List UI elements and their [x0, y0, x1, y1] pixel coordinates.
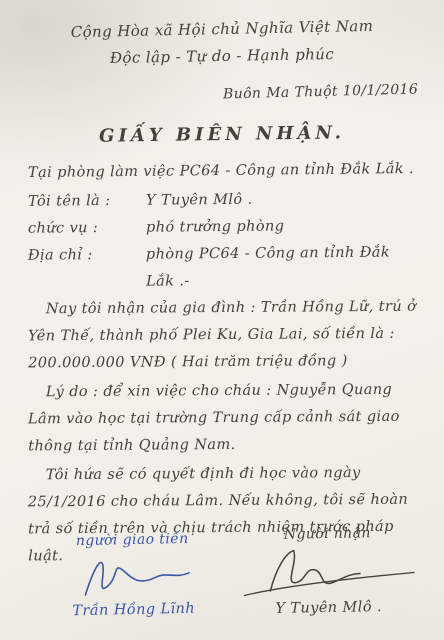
signature-receiver-name: Y Tuyên Mlô . — [239, 598, 419, 617]
signature-receiver-scribble-icon — [240, 542, 417, 601]
field-position: chức vụ : phó trưởng phòng — [28, 212, 420, 242]
field-name-value: Y Tuyên Mlô . — [146, 185, 420, 214]
document-title: GIẤY BIÊN NHẬN. — [0, 121, 444, 148]
identity-fields: Tôi tên là : Y Tuyên Mlô . chức vụ : phó… — [28, 187, 420, 295]
field-address-label: Địa chỉ : — [28, 242, 146, 297]
field-name: Tôi tên là : Y Tuyên Mlô . — [28, 185, 420, 215]
signature-block-receiver: Người nhận Y Tuyên Mlô . — [237, 524, 419, 617]
national-motto-line1: Cộng Hòa xã Hội chủ Nghĩa Việt Nam — [0, 15, 444, 42]
field-address-value: phòng PC64 - Công an tỉnh Đắk Lắk .- — [146, 239, 420, 295]
handwritten-receipt-page: Cộng Hòa xã Hội chủ Nghĩa Việt Nam Độc l… — [0, 0, 444, 640]
field-position-label: chức vụ : — [28, 215, 146, 243]
location-line: Tại phòng làm việc PC64 - Công an tỉnh Đ… — [28, 156, 420, 187]
field-position-value: phó trưởng phòng — [146, 212, 420, 241]
paragraph-receipt: Nay tôi nhận của gia đình : Trần Hồng Lữ… — [28, 294, 421, 378]
national-motto-line2: Độc lập - Tự do - Hạnh phúc — [0, 43, 444, 69]
signature-giver-name: Trần Hồng Lĩnh — [49, 600, 219, 620]
signature-giver-role: người giao tiền — [47, 530, 217, 550]
field-address: Địa chỉ : phòng PC64 - Công an tỉnh Đắk … — [28, 239, 420, 296]
paragraph-reason: Lý do : để xin việc cho cháu : Nguyễn Qu… — [28, 377, 421, 461]
field-name-label: Tôi tên là : — [28, 188, 146, 216]
place-and-date-line: Buôn Ma Thuột 10/1/2016 — [223, 81, 419, 102]
signature-receiver-role: Người nhận — [237, 524, 417, 543]
signature-giver-scribble-icon — [62, 549, 203, 604]
document-body: Tại phòng làm việc PC64 - Công an tỉnh Đ… — [28, 158, 420, 569]
signature-block-giver: người giao tiền Trần Hồng Lĩnh — [47, 530, 219, 620]
